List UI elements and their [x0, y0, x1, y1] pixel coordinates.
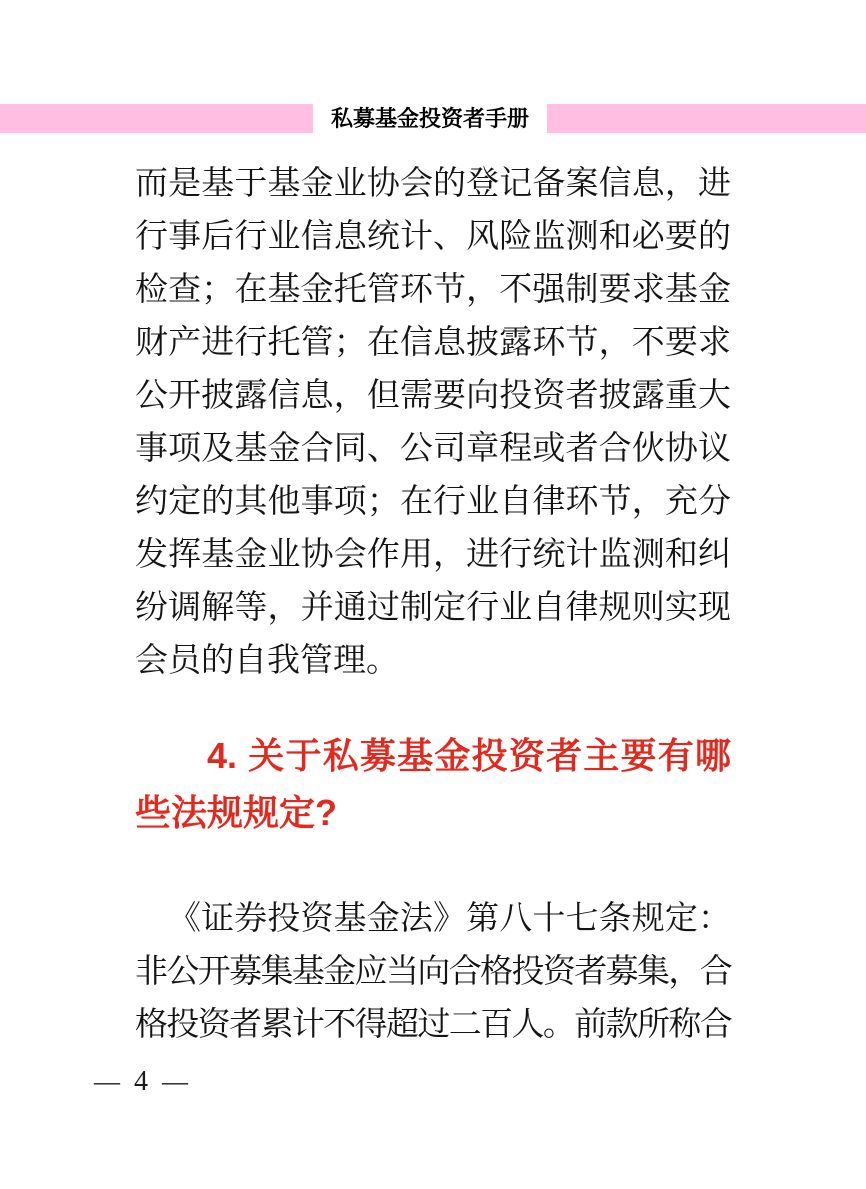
footer-dash-right: — — [162, 1067, 188, 1097]
text-line: 《证券投资基金法》第八十七条规定： — [135, 893, 731, 946]
page-number: 4 — [134, 1066, 148, 1098]
text-line: 而是基于基金业协会的登记备案信息，进 — [135, 158, 731, 211]
text-line: 会员的自我管理。 — [135, 635, 731, 688]
text-line: 财产进行托管；在信息披露环节，不要求 — [135, 317, 731, 370]
text-line: 非公开募集基金应当向合格投资者募集，合 — [135, 946, 731, 999]
footer-dash-left: — — [94, 1067, 120, 1097]
header-rule-left — [0, 104, 313, 133]
paragraph-fund-law-article87: 《证券投资基金法》第八十七条规定：非公开募集基金应当向合格投资者募集，合格投资者… — [135, 893, 731, 1052]
paragraph-registration-supervision: 而是基于基金业协会的登记备案信息，进行事后行业信息统计、风险监测和必要的检查；在… — [135, 158, 731, 688]
text-line: 约定的其他事项；在行业自律环节，充分 — [135, 476, 731, 529]
text-line: 公开披露信息，但需要向投资者披露重大 — [135, 370, 731, 423]
text-line: 纷调解等，并通过制定行业自律规则实现 — [135, 582, 731, 635]
handbook-page: 私募基金投资者手册 而是基于基金业协会的登记备案信息，进行事后行业信息统计、风险… — [0, 0, 866, 1189]
text-line: 事项及基金合同、公司章程或者合伙协议 — [135, 423, 731, 476]
text-line: 发挥基金业协会作用，进行统计监测和纠 — [135, 529, 731, 582]
running-head-title: 私募基金投资者手册 — [313, 104, 547, 133]
text-line: 行事后行业信息统计、风险监测和必要的 — [135, 211, 731, 264]
heading-line: 些法规规定? — [135, 784, 731, 841]
header-rule-right — [547, 104, 866, 133]
text-line: 格投资者累计不得超过二百人。前款所称合 — [135, 999, 731, 1052]
text-line: 检查；在基金托管环节，不强制要求基金 — [135, 264, 731, 317]
heading-line: 4. 关于私募基金投资者主要有哪 — [135, 727, 731, 784]
page-footer: — 4 — — [94, 1066, 188, 1098]
section-heading-q4: 4. 关于私募基金投资者主要有哪些法规规定? — [135, 727, 731, 841]
